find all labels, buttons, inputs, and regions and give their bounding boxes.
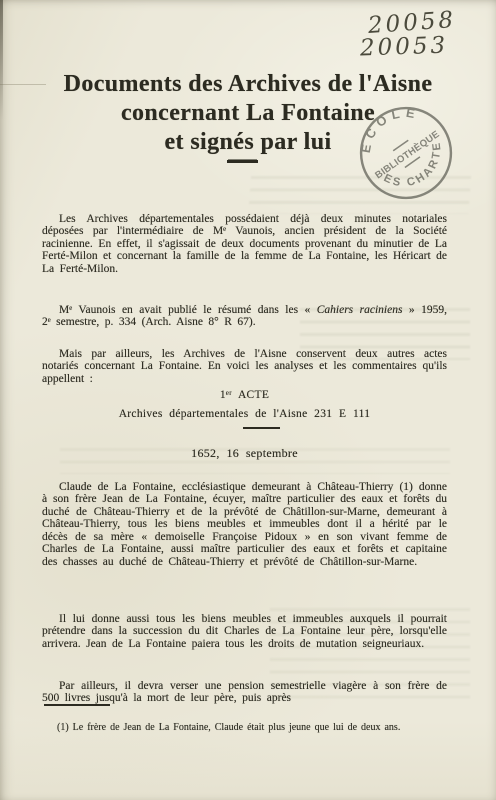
paragraph-pension: Par ailleurs, il devra verser une pensio… <box>42 680 447 705</box>
paragraph-two-other-acts: Mais par ailleurs, les Archives de l'Ais… <box>42 348 447 386</box>
paragraph-donation-claude: Claude de La Fontaine, ecclésiastique de… <box>42 481 447 569</box>
paragraph-intro: Les Archives départementales possédaient… <box>42 213 447 276</box>
paragraph-vaunois-reference: Mᵉ Vaunois en avait publié le résumé dan… <box>42 304 447 329</box>
scanned-document-page: 20058 20053 Documents des Archives de l'… <box>0 0 496 800</box>
handwritten-accession-number-2: 20053 <box>360 34 449 60</box>
acte-heading: 1ᵉʳ ACTE <box>42 389 447 401</box>
title-divider-rule <box>227 160 258 163</box>
footnote-separator-rule <box>44 704 110 706</box>
footnote-text: (1) Le frère de Jean de La Fontaine, Cla… <box>42 722 447 734</box>
acte-date-heading: 1652, 16 septembre <box>42 446 447 461</box>
acte-divider-rule <box>243 427 280 429</box>
acte-archive-reference: Archives départementales de l'Aisne 231 … <box>42 408 447 420</box>
paragraph-succession: Il lui donne aussi tous les biens meuble… <box>42 613 447 651</box>
